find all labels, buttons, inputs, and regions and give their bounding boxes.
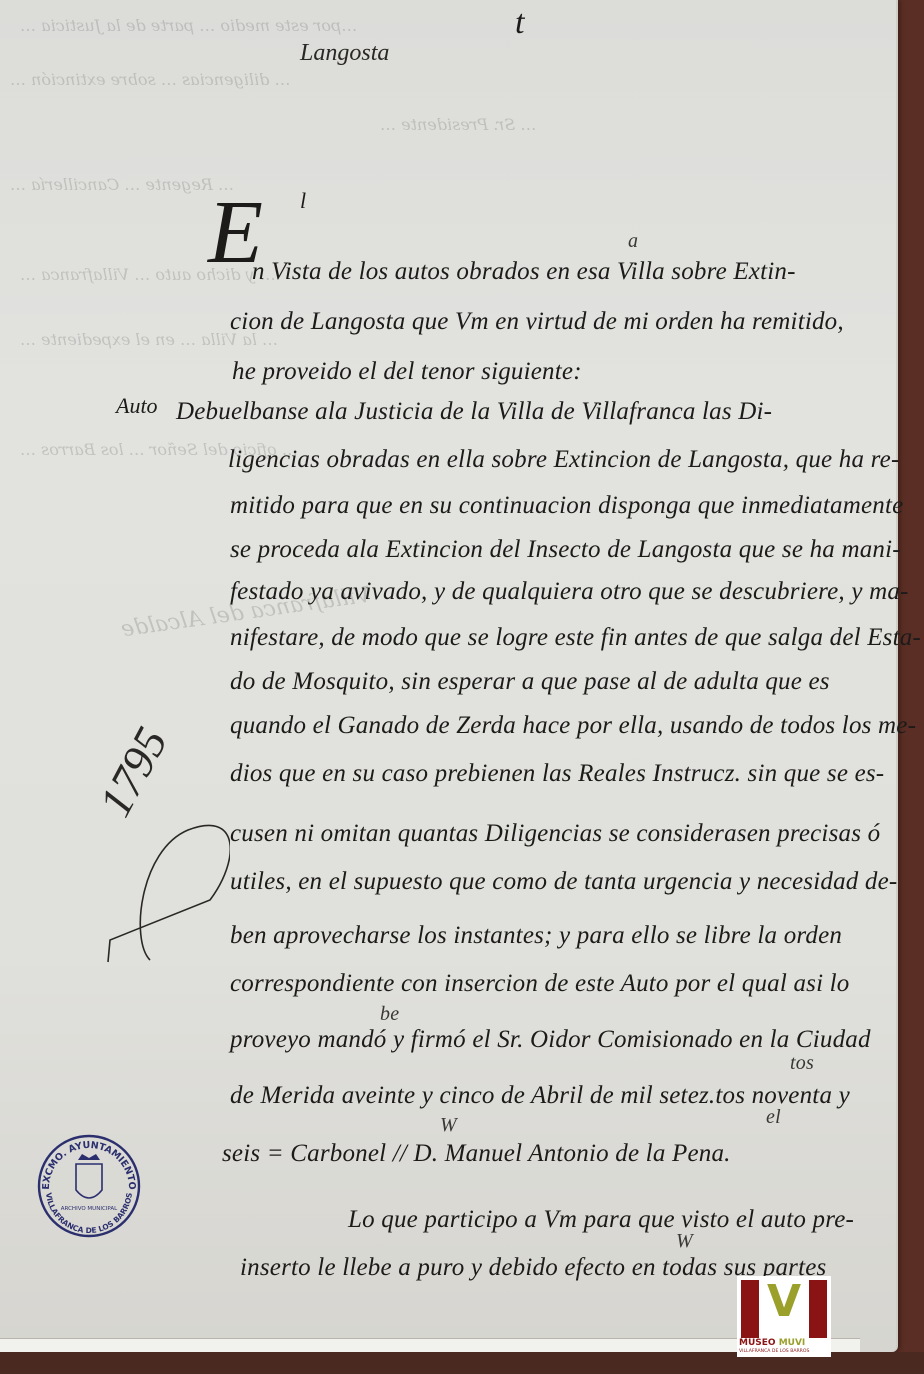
museum-logo: V MUSEO MUVI VILLAFRANCA DE LOS BARROS — [737, 1276, 831, 1357]
interlinear-mark: be — [380, 1003, 399, 1026]
logo-red-bar-left — [741, 1280, 759, 1338]
bleed-through-line: … Regente … Cancillería … — [10, 175, 234, 194]
body-line: mitido para que en su continuacion dispo… — [230, 492, 903, 520]
body-line: ben aprovecharse los instantes; y para e… — [230, 922, 842, 950]
body-line: festado ya avivado, y de qualquiera otro… — [230, 578, 909, 606]
stamp-inner-text: ARCHIVO MUNICIPAL — [61, 1206, 118, 1212]
body-line: utiles, en el supuesto que como de tanta… — [230, 868, 897, 896]
interlinear-mark: tos — [790, 1052, 814, 1075]
body-line: seis = Carbonel // D. Manuel Antonio de … — [222, 1140, 731, 1168]
logo-v-mark: V — [765, 1278, 803, 1326]
body-line: Debuelbanse ala Justicia de la Villa de … — [176, 398, 772, 426]
logo-red-bar-right — [809, 1280, 827, 1338]
body-line: ligencias obradas en ella sobre Extincio… — [228, 446, 899, 474]
body-line: quando el Ganado de Zerda hace por ella,… — [230, 712, 916, 740]
manuscript-page: …por este medio … parte de la Justicia …… — [0, 0, 898, 1352]
stamp-top-text: EXCMO. AYUNTAMIENTO — [41, 1140, 137, 1190]
interlinear-mark: a — [628, 230, 638, 253]
document-heading: Langosta — [300, 40, 389, 67]
body-line: do de Mosquito, sin esperar a que pase a… — [230, 668, 830, 696]
bleed-through-line: …por este medio … parte de la Justicia … — [20, 16, 357, 35]
body-line: correspondiente con insercion de este Au… — [230, 970, 850, 998]
interlinear-mark: W — [676, 1230, 693, 1253]
folio-mark: t — [515, 4, 524, 42]
logo-subtitle: VILLAFRANCA DE LOS BARROS — [739, 1349, 829, 1354]
logo-name: MUSEO MUVI — [739, 1338, 829, 1348]
interlinear-mark: el — [766, 1106, 781, 1129]
body-line: cusen ni omitan quantas Diligencias se c… — [230, 820, 880, 848]
margin-note-auto: Auto — [116, 393, 158, 419]
paper-torn-edge — [0, 1338, 860, 1353]
logo-name-museo: MUSEO — [739, 1338, 776, 1348]
interlinear-mark: W — [440, 1114, 457, 1137]
body-line: nifestare, de modo que se logre este fin… — [230, 624, 921, 652]
initial-superscript: l — [300, 188, 306, 214]
coat-of-arms-icon — [76, 1164, 102, 1198]
bleed-through-line: … diligencias … sobre extinción … — [10, 70, 290, 89]
body-line: he proveido el del tenor siguiente: — [232, 358, 582, 386]
body-line: dios que en su caso prebienen las Reales… — [230, 760, 884, 788]
logo-name-muvi: MUVI — [779, 1338, 806, 1348]
crown-icon — [78, 1154, 100, 1160]
body-line: se proceda ala Extincion del Insecto de … — [230, 536, 901, 564]
body-line: n Vista de los autos obrados en esa Vill… — [252, 258, 796, 286]
body-line: proveyo mandó y firmó el Sr. Oidor Comis… — [230, 1026, 871, 1054]
archive-stamp: EXCMO. AYUNTAMIENTO VILLAFRANCA DE LOS B… — [34, 1130, 144, 1240]
bleed-through-line: … Sr. Presidente … — [380, 115, 536, 134]
body-line: Lo que participo a Vm para que visto el … — [348, 1206, 854, 1234]
svg-text:EXCMO. AYUNTAMIENTO: EXCMO. AYUNTAMIENTO — [41, 1140, 137, 1190]
body-line: de Merida aveinte y cinco de Abril de mi… — [230, 1082, 850, 1110]
body-line: cion de Langosta que Vm en virtud de mi … — [230, 308, 844, 336]
